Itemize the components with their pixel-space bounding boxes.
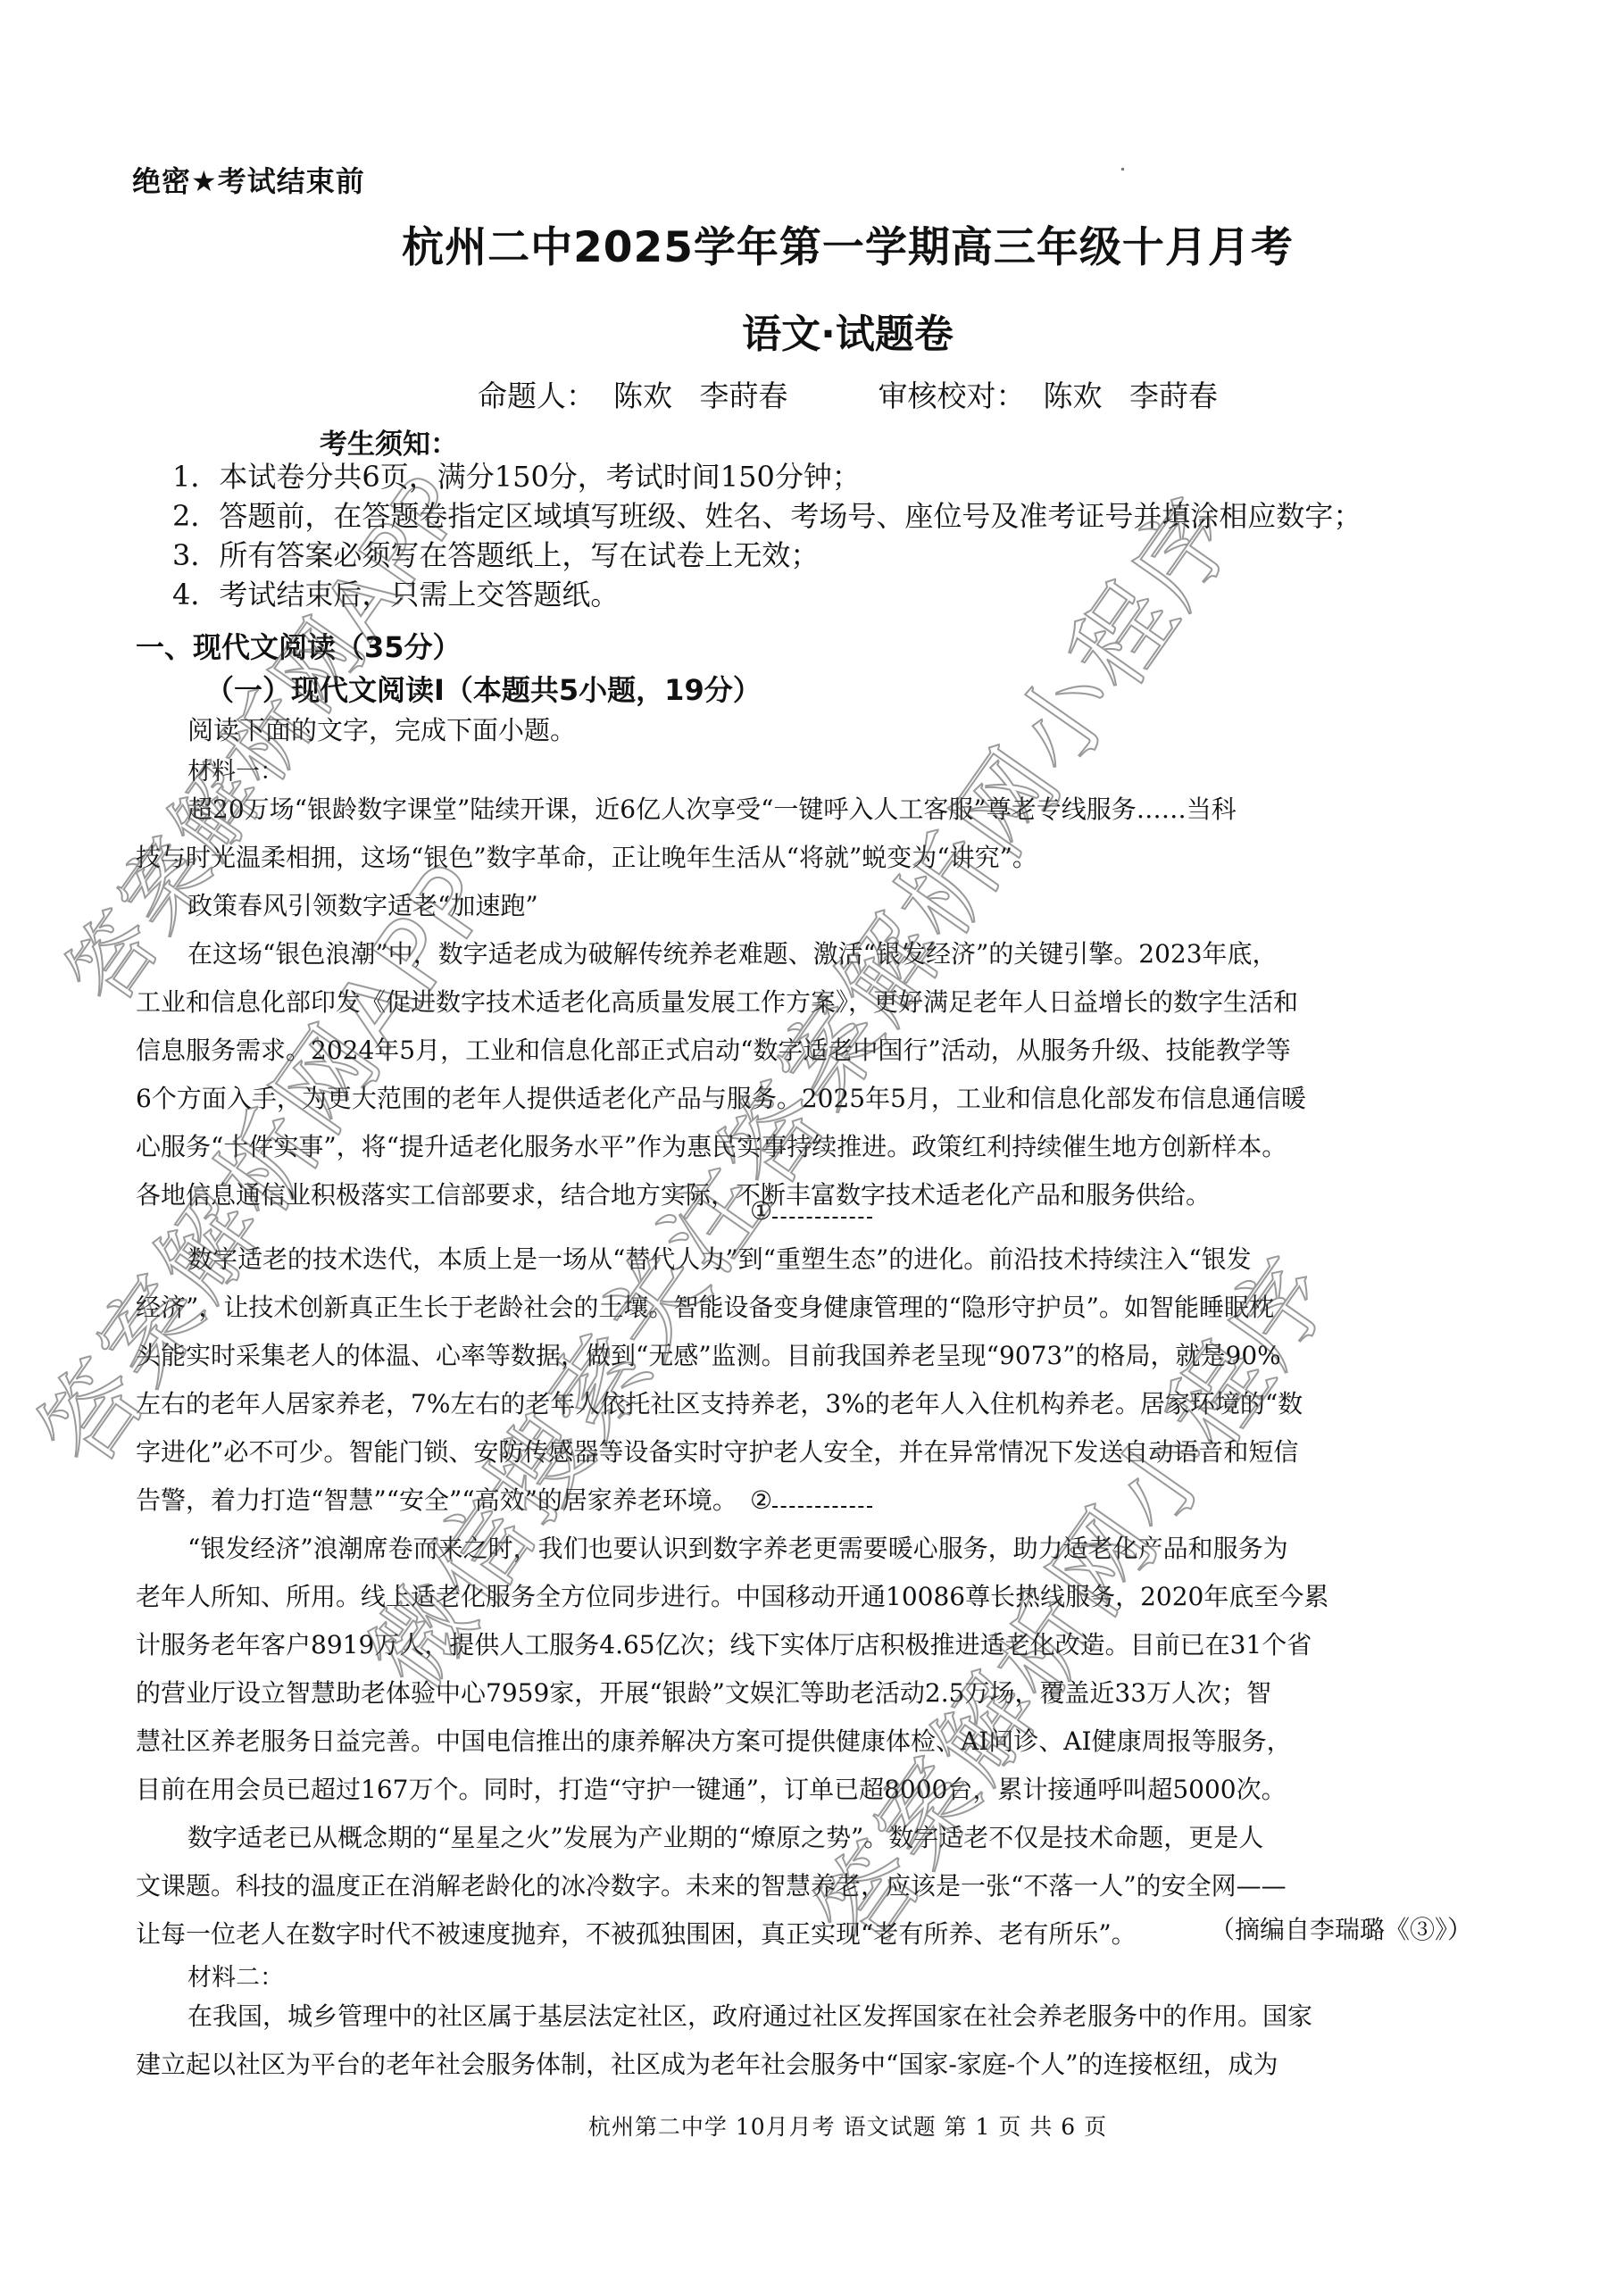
exam-page: 绝密★考试结束前 杭州二中2025学年第一学期高三年级十月月考 语文·试题卷 命… (0, 0, 1624, 2296)
paragraph-line: 超20万场“银龄数字课堂”陆续开课，近6亿人次享受“一键呼入人工客服”尊老专线服… (136, 786, 1475, 834)
blank-underline (772, 1217, 872, 1219)
paragraph-line: 6个方面入手，为更大范围的老年人提供适老化产品与服务。2025年5月，工业和信息… (136, 1075, 1475, 1123)
page-footer: 杭州第二中学 10月月考 语文试题 第 1 页 共 6 页 (0, 2109, 1624, 2142)
paragraph-line: 慧社区养老服务日益完善。中国电信推出的康养解决方案可提供健康体检、AI问诊、AI… (136, 1718, 1475, 1766)
notice-list: 1．本试卷分共6页，满分150分，考试时间150分钟； 2．答题前，在答题卷指定… (172, 457, 1362, 614)
notice-item: 4．考试结束后，只需上交答题纸。 (172, 575, 1362, 614)
subheading-blank-1: ① (750, 1196, 872, 1226)
blank-number: ② (750, 1485, 772, 1515)
paragraph-line: 经济”，让技术创新真正生长于老龄社会的土壤。智能设备变身健康管理的“隐形守护员”… (136, 1284, 1475, 1332)
material-two-label: 材料二： (187, 1958, 284, 1992)
paragraph-line: 心服务“十件实事”，将“提升适老化服务水平”作为惠民实事持续推进。政策红利持续催… (136, 1123, 1475, 1171)
paragraph-line: 建立起以社区为平台的老年社会服务体制，社区成为老年社会服务中“国家-家庭-个人”… (136, 2041, 1475, 2089)
reviewer-label: 审核校对： (879, 379, 1026, 413)
paragraph-line: 老年人所知、所用。线上适老化服务全方位同步进行。中国移动开通10086尊长热线服… (136, 1573, 1475, 1621)
reviewer-name-1: 陈欢 (1044, 379, 1103, 413)
authors-line: 命题人：陈欢 李莳春 审核校对：陈欢 李莳春 (0, 373, 1624, 415)
notice-item: 2．答题前，在答题卷指定区域填写班级、姓名、考场号、座位号及准考证号并填涂相应数… (172, 496, 1362, 536)
exam-title: 杭州二中2025学年第一学期高三年级十月月考 (0, 214, 1624, 274)
setter-label: 命题人： (478, 379, 595, 413)
paragraph-line: 头能实时采集老人的体温、心率等数据，做到“无感”监测。目前我国养老呈现“9073… (136, 1332, 1475, 1380)
notice-item: 3．所有答案必须写在答题纸上，写在试卷上无效； (172, 536, 1362, 575)
subheading-blank-2: ② (750, 1485, 872, 1515)
subject-title: 语文·试题卷 (0, 302, 1624, 359)
material-one-label: 材料一： (187, 752, 284, 786)
paragraph-line: 信息服务需求。2024年5月，工业和信息化部正式启动“数字适老中国行”活动，从服… (136, 1027, 1475, 1075)
paragraph-line: 目前在用会员已超过167万个。同时，打造“守护一键通”，订单已超8000台，累计… (136, 1766, 1475, 1814)
source-citation: （摘编自李瑞璐《③》） (1210, 1910, 1472, 1946)
paragraph-line: 数字适老的技术迭代，本质上是一场从“替代人力”到“重塑生态”的进化。前沿技术持续… (136, 1235, 1475, 1284)
reviewer-name-2: 李莳春 (1129, 379, 1218, 413)
paragraph-line: 在这场“银色浪潮”中，数字适老成为破解传统养老难题、激活“银发经济”的关键引擎。… (136, 930, 1475, 978)
paragraph-line: 文课题。科技的温度正在消解老龄化的冰冷数字。未来的智慧养老，应该是一张“不落一人… (136, 1862, 1475, 1910)
setter-name-1: 陈欢 (613, 379, 672, 413)
blank-number: ① (750, 1196, 772, 1226)
paragraph-line: “银发经济”浪潮席卷而来之时，我们也要认识到数字养老更需要暖心服务，助力适老化产… (136, 1525, 1475, 1573)
paragraph-line: 的营业厅设立智慧助老体验中心7959家，开展“银龄”文娱汇等助老活动2.5万场，… (136, 1669, 1475, 1718)
material-one-intro: 超20万场“银龄数字课堂”陆续开课，近6亿人次享受“一键呼入人工客服”尊老专线服… (136, 786, 1475, 1219)
blank-underline (772, 1506, 872, 1508)
scan-speck (1121, 168, 1124, 171)
paragraph-line: 左右的老年人居家养老，7%左右的老年人依托社区支持养老，3%的老年人入住机构养老… (136, 1380, 1475, 1428)
section-heading: 一、现代文阅读（35分） (136, 625, 462, 666)
subsection-heading: （一）现代文阅读Ⅰ（本题共5小题，19分） (205, 668, 762, 709)
setter-name-2: 李莳春 (700, 379, 788, 413)
notice-heading: 考生须知： (320, 421, 458, 462)
paragraph-line: 在我国，城乡管理中的社区属于基层法定社区，政府通过社区发挥国家在社会养老服务中的… (136, 1992, 1475, 2041)
reading-instruction: 阅读下面的文字，完成下面小题。 (187, 711, 576, 747)
material-one-para-3: “银发经济”浪潮席卷而来之时，我们也要认识到数字养老更需要暖心服务，助力适老化产… (136, 1525, 1475, 1959)
paragraph-line: 技与时光温柔相拥，这场“银色”数字革命，正让晚年生活从“将就”蜕变为“讲究”。 (136, 834, 1475, 882)
material-two-para-1: 在我国，城乡管理中的社区属于基层法定社区，政府通过社区发挥国家在社会养老服务中的… (136, 1992, 1475, 2089)
notice-item: 1．本试卷分共6页，满分150分，考试时间150分钟； (172, 457, 1362, 496)
paragraph-line: 字进化”必不可少。智能门锁、安防传感器等设备实时守护老人安全，并在异常情况下发送… (136, 1428, 1475, 1477)
subheading-policy: 政策春风引领数字适老“加速跑” (136, 882, 1475, 930)
material-one-para-2: 数字适老的技术迭代，本质上是一场从“替代人力”到“重塑生态”的进化。前沿技术持续… (136, 1235, 1475, 1525)
confidential-label: 绝密★考试结束前 (132, 159, 365, 200)
paragraph-line: 计服务老年客户8919万人，提供人工服务4.65亿次；线下实体厅店积极推进适老化… (136, 1621, 1475, 1669)
paragraph-line: 数字适老已从概念期的“星星之火”发展为产业期的“燎原之势”。数字适老不仅是技术命… (136, 1814, 1475, 1862)
paragraph-line: 工业和信息化部印发《促进数字技术适老化高质量发展工作方案》，更好满足老年人日益增… (136, 978, 1475, 1027)
